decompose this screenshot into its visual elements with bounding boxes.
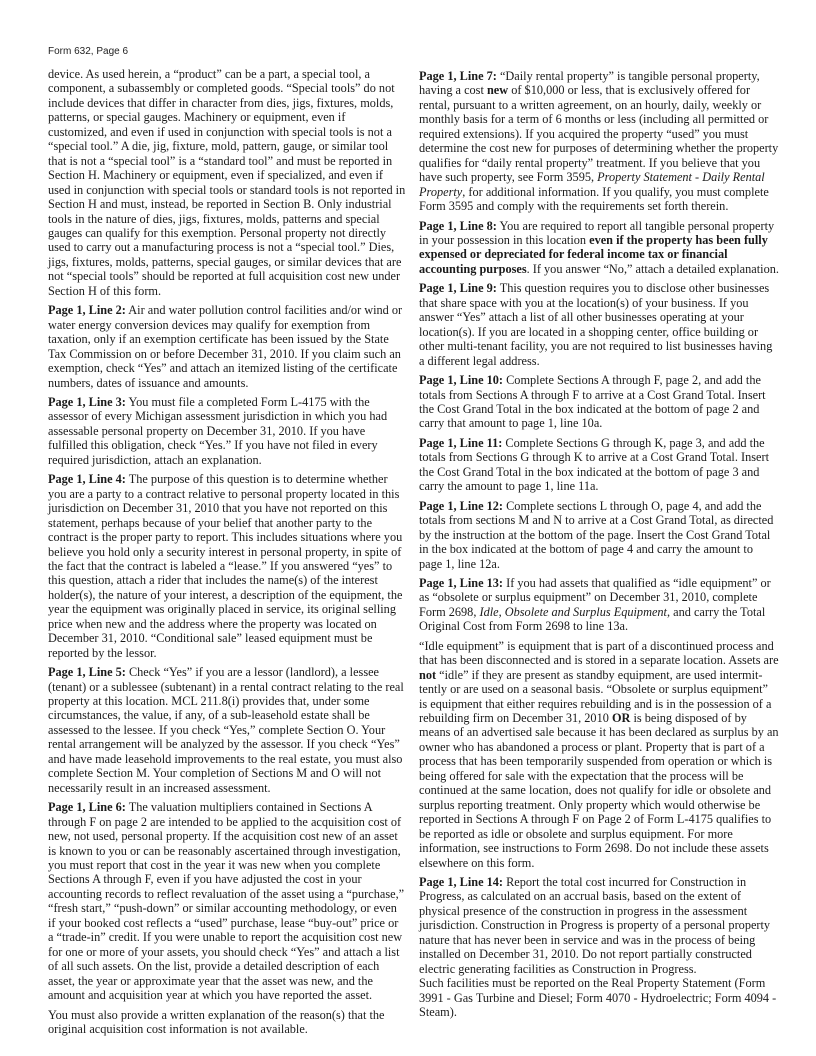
line-4-paragraph: Page 1, Line 4: The purpose of this ques… [48, 472, 406, 660]
line-9-paragraph: Page 1, Line 9: This question requires y… [419, 281, 779, 368]
line-14-text: Report the total cost incurred for Const… [419, 875, 770, 976]
line-6-text: The valuation multipliers contained in S… [48, 800, 404, 1002]
right-column: Page 1, Line 7: “Daily rental property” … [419, 69, 779, 1025]
line-8-label: Page 1, Line 8: [419, 219, 497, 233]
special-tools-paragraph: device. As used herein, a “product” can … [48, 67, 406, 298]
line-4-text: The purpose of this question is to deter… [48, 472, 402, 659]
line-3-paragraph: Page 1, Line 3: You must file a complete… [48, 395, 406, 467]
line-10-paragraph: Page 1, Line 10: Complete Sections A thr… [419, 373, 779, 431]
line-12-label: Page 1, Line 12: [419, 499, 503, 513]
idle-emphasis-not: not [419, 668, 436, 682]
line-6-note: You must also provide a written explanat… [48, 1008, 406, 1037]
line-5-text: Check “Yes” if you are a lessor (landlor… [48, 665, 404, 795]
line-7-emphasis: new [487, 83, 508, 97]
line-6-label: Page 1, Line 6: [48, 800, 126, 814]
line-4-label: Page 1, Line 4: [48, 472, 126, 486]
line-11-label: Page 1, Line 11: [419, 436, 502, 450]
line-8-paragraph: Page 1, Line 8: You are required to repo… [419, 219, 779, 277]
line-11-paragraph: Page 1, Line 11: Complete Sections G thr… [419, 436, 779, 494]
left-column: device. As used herein, a “product” can … [48, 67, 406, 1041]
line-7-label: Page 1, Line 7: [419, 69, 497, 83]
line-14-label: Page 1, Line 14: [419, 875, 503, 889]
line-5-paragraph: Page 1, Line 5: Check “Yes” if you are a… [48, 665, 406, 795]
line-7-text: , for additional information. If you qua… [419, 185, 769, 213]
idle-equipment-paragraph: “Idle equipment” is equipment that is pa… [419, 639, 779, 870]
line-2-label: Page 1, Line 2: [48, 303, 126, 317]
idle-text: is being disposed of by means of an adve… [419, 711, 779, 870]
line-3-label: Page 1, Line 3: [48, 395, 126, 409]
line-9-label: Page 1, Line 9: [419, 281, 497, 295]
page-header: Form 632, Page 6 [48, 46, 128, 57]
form-2698-title: Idle, Obsolete and Surplus Equipment [479, 605, 667, 619]
line-7-paragraph: Page 1, Line 7: “Daily rental property” … [419, 69, 779, 214]
line-14-note: Such facilities must be reported on the … [419, 976, 779, 1019]
line-12-paragraph: Page 1, Line 12: Complete sections L thr… [419, 499, 779, 571]
idle-text: “Idle equipment” is equipment that is pa… [419, 639, 779, 667]
line-13-label: Page 1, Line 13: [419, 576, 503, 590]
line-7-text: of $10,000 or less, that is exclusively … [419, 83, 778, 184]
line-2-paragraph: Page 1, Line 2: Air and water pollution … [48, 303, 406, 390]
line-13-paragraph: Page 1, Line 13: If you had assets that … [419, 576, 779, 634]
line-14-paragraph: Page 1, Line 14: Report the total cost i… [419, 875, 779, 976]
line-5-label: Page 1, Line 5: [48, 665, 126, 679]
line-8-text: . If you answer “No,” attach a detailed … [527, 262, 779, 276]
line-6-paragraph: Page 1, Line 6: The valuation multiplier… [48, 800, 406, 1002]
line-10-label: Page 1, Line 10: [419, 373, 503, 387]
idle-emphasis-or: OR [612, 711, 630, 725]
